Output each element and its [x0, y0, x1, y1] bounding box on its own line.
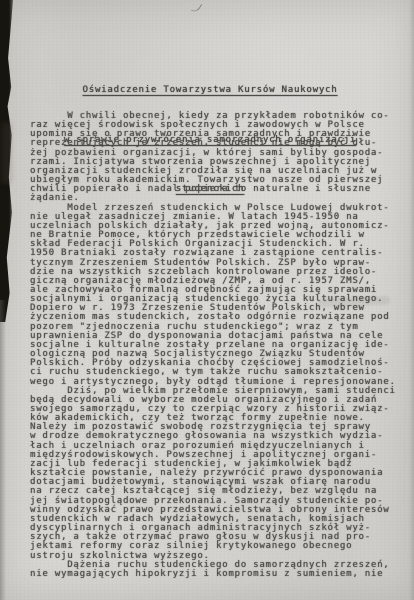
scan-edge-shadow-lower	[0, 300, 6, 600]
scanned-document-page: Oświadczenie Towarzystwa Kursów Naukowyc…	[0, 0, 414, 600]
scan-artifact-mark	[191, 3, 203, 13]
title-line: Oświadczenie Towarzystwa Kursów Naukowyc…	[10, 82, 410, 99]
document-body: W chwili obecnej, kiedy za przykładem ro…	[30, 112, 400, 579]
text-line: chwili popierało i nadal popiera to natu…	[30, 185, 400, 194]
text-line: nie wymagających hipokryzji i kompromisu…	[30, 570, 400, 579]
